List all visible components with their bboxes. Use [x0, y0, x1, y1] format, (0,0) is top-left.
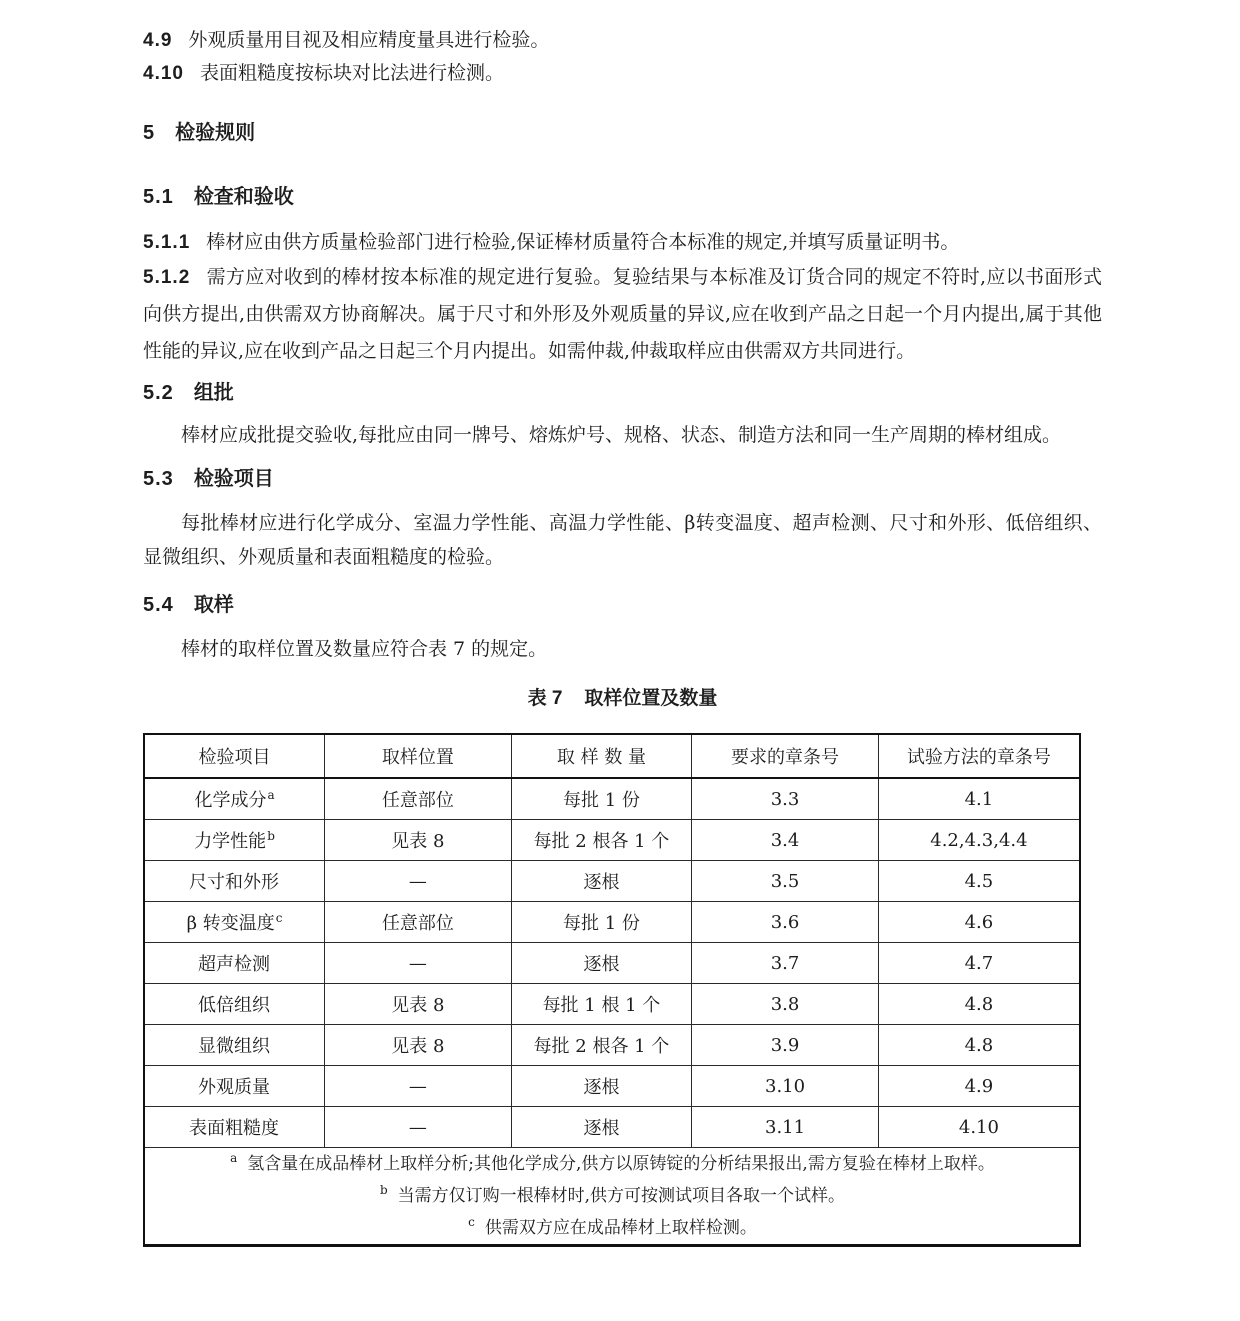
clause-4-10: 4.10表面粗糙度按标块对比法进行检测。: [143, 57, 1102, 90]
cell-method: 4.6: [878, 902, 1080, 943]
cell-method: 4.10: [878, 1107, 1080, 1148]
cell-item-sup: a: [267, 788, 274, 802]
cell-quantity: 逐根: [511, 861, 692, 902]
table-row: 力学性能b 见表 8 每批 2 根各 1 个 3.4 4.2,4.3,4.4: [144, 820, 1080, 861]
section-5-4-number: 5.4: [143, 594, 174, 616]
cell-item-sup: c: [276, 911, 283, 925]
clause-5-1-2: 5.1.2需方应对收到的棒材按本标准的规定进行复验。复验结果与本标准及订货合同的…: [143, 259, 1102, 370]
table-row: 化学成分a 任意部位 每批 1 份 3.3 4.1: [144, 778, 1080, 820]
sampling-table: 检验项目 取样位置 取 样 数 量 要求的章条号 试验方法的章条号 化学成分a …: [143, 733, 1081, 1247]
table-row: 低倍组织 见表 8 每批 1 根 1 个 3.8 4.8: [144, 984, 1080, 1025]
cell-item: 超声检测: [144, 943, 325, 984]
section-5-heading: 5检验规则: [143, 118, 1102, 148]
cell-position: —: [325, 1066, 512, 1107]
footnote-b: b当需方仅订购一根棒材时,供方可按测试项目各取一个试样。: [149, 1180, 1075, 1212]
cell-item-text: 力学性能: [194, 831, 266, 852]
section-5-3-paragraph: 每批棒材应进行化学成分、室温力学性能、高温力学性能、β转变温度、超声检测、尺寸和…: [143, 506, 1102, 574]
header-requirement-clause: 要求的章条号: [692, 734, 879, 778]
section-5-number: 5: [143, 122, 155, 144]
table-footnotes: a氢含量在成品棒材上取样分析;其他化学成分,供方以原铸锭的分析结果报出,需方复验…: [144, 1148, 1080, 1246]
cell-item: 化学成分a: [144, 778, 325, 820]
cell-method: 4.2,4.3,4.4: [878, 820, 1080, 861]
section-5-3-heading: 5.3检验项目: [143, 464, 1102, 494]
table-row: 尺寸和外形 — 逐根 3.5 4.5: [144, 861, 1080, 902]
section-5-3-title: 检验项目: [194, 468, 274, 490]
clause-5-1-1-text: 棒材应由供方质量检验部门进行检验,保证棒材质量符合本标准的规定,并填写质量证明书…: [206, 231, 959, 253]
cell-requirement: 3.7: [692, 943, 879, 984]
cell-item-text: 外观质量: [198, 1077, 270, 1098]
cell-requirement: 3.8: [692, 984, 879, 1025]
clause-5-1-1-number: 5.1.1: [143, 232, 190, 253]
cell-item: 表面粗糙度: [144, 1107, 325, 1148]
table-row: β 转变温度c 任意部位 每批 1 份 3.6 4.6: [144, 902, 1080, 943]
cell-item-text: 尺寸和外形: [189, 872, 279, 893]
cell-position: 见表 8: [325, 820, 512, 861]
clause-4-9: 4.9外观质量用目视及相应精度量具进行检验。: [143, 24, 1102, 57]
cell-item-text: 显微组织: [198, 1036, 270, 1057]
clause-4-9-text: 外观质量用目视及相应精度量具进行检验。: [188, 29, 549, 51]
cell-quantity: 每批 1 份: [511, 902, 692, 943]
cell-item: 外观质量: [144, 1066, 325, 1107]
cell-item: 低倍组织: [144, 984, 325, 1025]
table-header-row: 检验项目 取样位置 取 样 数 量 要求的章条号 试验方法的章条号: [144, 734, 1080, 778]
cell-method: 4.5: [878, 861, 1080, 902]
cell-item-text: 超声检测: [198, 954, 270, 975]
header-test-method-clause: 试验方法的章条号: [878, 734, 1080, 778]
header-sampling-quantity: 取 样 数 量: [511, 734, 692, 778]
section-5-3-number: 5.3: [143, 468, 174, 490]
cell-quantity: 每批 2 根各 1 个: [511, 820, 692, 861]
cell-position: 任意部位: [325, 778, 512, 820]
clause-4-10-text: 表面粗糙度按标块对比法进行检测。: [200, 62, 504, 84]
cell-item: 尺寸和外形: [144, 861, 325, 902]
footnote-a-marker: a: [230, 1151, 237, 1165]
cell-method: 4.8: [878, 1025, 1080, 1066]
cell-item: 力学性能b: [144, 820, 325, 861]
cell-method: 4.8: [878, 984, 1080, 1025]
footnote-c: c供需双方应在成品棒材上取样检测。: [149, 1212, 1075, 1244]
cell-item: 显微组织: [144, 1025, 325, 1066]
document-page: 4.9外观质量用目视及相应精度量具进行检验。 4.10表面粗糙度按标块对比法进行…: [0, 0, 1240, 1321]
cell-quantity: 每批 2 根各 1 个: [511, 1025, 692, 1066]
section-5-4-heading: 5.4取样: [143, 590, 1102, 620]
clause-4-10-number: 4.10: [143, 63, 184, 84]
cell-quantity: 逐根: [511, 943, 692, 984]
section-5-1-title: 检查和验收: [194, 186, 294, 208]
footnote-b-marker: b: [380, 1183, 388, 1197]
cell-item-sup: b: [267, 829, 275, 843]
table-footnote-row: a氢含量在成品棒材上取样分析;其他化学成分,供方以原铸锭的分析结果报出,需方复验…: [144, 1148, 1080, 1246]
cell-item: β 转变温度c: [144, 902, 325, 943]
table-row: 表面粗糙度 — 逐根 3.11 4.10: [144, 1107, 1080, 1148]
cell-position: —: [325, 1107, 512, 1148]
section-5-2-heading: 5.2组批: [143, 378, 1102, 408]
cell-position: —: [325, 861, 512, 902]
table-7-caption-label: 表 7: [528, 688, 563, 709]
section-5-1-heading: 5.1检查和验收: [143, 182, 1102, 212]
cell-quantity: 每批 1 根 1 个: [511, 984, 692, 1025]
cell-requirement: 3.4: [692, 820, 879, 861]
section-5-2-paragraph: 棒材应成批提交验收,每批应由同一牌号、熔炼炉号、规格、状态、制造方法和同一生产周…: [143, 418, 1102, 452]
cell-position: 任意部位: [325, 902, 512, 943]
cell-position: —: [325, 943, 512, 984]
section-5-4-paragraph: 棒材的取样位置及数量应符合表 7 的规定。: [143, 632, 1102, 666]
cell-item-text: β 转变温度: [187, 913, 275, 934]
cell-method: 4.1: [878, 778, 1080, 820]
table-row: 显微组织 见表 8 每批 2 根各 1 个 3.9 4.8: [144, 1025, 1080, 1066]
cell-method: 4.7: [878, 943, 1080, 984]
table-7-caption: 表 7取样位置及数量: [143, 684, 1102, 714]
section-5-1-number: 5.1: [143, 186, 174, 208]
section-5-4-title: 取样: [194, 594, 234, 616]
cell-quantity: 逐根: [511, 1107, 692, 1148]
cell-item-text: 低倍组织: [198, 995, 270, 1016]
section-5-2-number: 5.2: [143, 382, 174, 404]
cell-quantity: 每批 1 份: [511, 778, 692, 820]
cell-method: 4.9: [878, 1066, 1080, 1107]
section-5-2-title: 组批: [194, 382, 234, 404]
header-sampling-position: 取样位置: [325, 734, 512, 778]
section-5-title: 检验规则: [175, 122, 255, 144]
footnote-c-marker: c: [468, 1215, 475, 1229]
cell-requirement: 3.9: [692, 1025, 879, 1066]
cell-requirement: 3.10: [692, 1066, 879, 1107]
footnote-a: a氢含量在成品棒材上取样分析;其他化学成分,供方以原铸锭的分析结果报出,需方复验…: [149, 1148, 1075, 1180]
footnote-a-text: 氢含量在成品棒材上取样分析;其他化学成分,供方以原铸锭的分析结果报出,需方复验在…: [247, 1154, 995, 1174]
cell-requirement: 3.3: [692, 778, 879, 820]
footnote-b-text: 当需方仅订购一根棒材时,供方可按测试项目各取一个试样。: [398, 1186, 845, 1206]
clause-5-1-2-number: 5.1.2: [143, 267, 190, 288]
footnote-c-text: 供需双方应在成品棒材上取样检测。: [485, 1218, 757, 1238]
cell-requirement: 3.5: [692, 861, 879, 902]
cell-quantity: 逐根: [511, 1066, 692, 1107]
table-row: 超声检测 — 逐根 3.7 4.7: [144, 943, 1080, 984]
cell-position: 见表 8: [325, 984, 512, 1025]
clause-5-1-2-text: 需方应对收到的棒材按本标准的规定进行复验。复验结果与本标准及订货合同的规定不符时…: [143, 266, 1102, 362]
cell-position: 见表 8: [325, 1025, 512, 1066]
cell-item-text: 化学成分: [194, 790, 266, 811]
cell-requirement: 3.6: [692, 902, 879, 943]
clause-4-9-number: 4.9: [143, 30, 172, 51]
clause-5-1-1: 5.1.1棒材应由供方质量检验部门进行检验,保证棒材质量符合本标准的规定,并填写…: [143, 226, 1102, 259]
table-7-caption-title: 取样位置及数量: [584, 688, 717, 709]
cell-item-text: 表面粗糙度: [189, 1118, 279, 1139]
cell-requirement: 3.11: [692, 1107, 879, 1148]
table-row: 外观质量 — 逐根 3.10 4.9: [144, 1066, 1080, 1107]
header-inspection-item: 检验项目: [144, 734, 325, 778]
